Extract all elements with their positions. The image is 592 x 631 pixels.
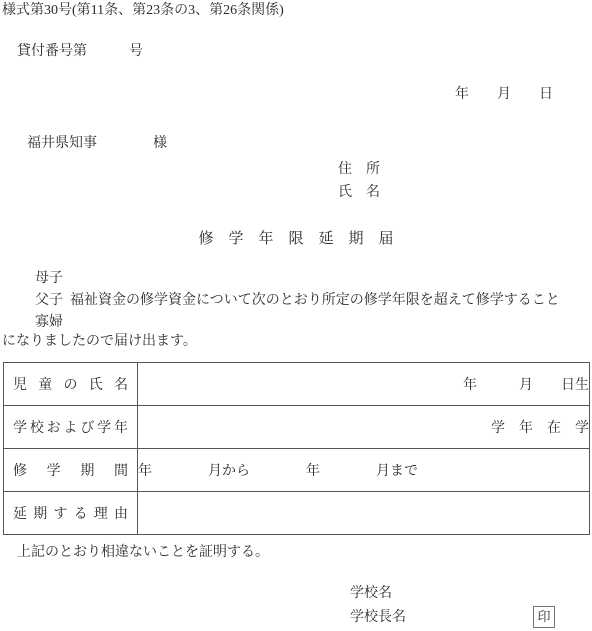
- seal-box: 印: [533, 606, 555, 628]
- row-child-name: 児童の氏名 年 月 日生: [4, 363, 590, 406]
- body-sentence: 福祉資金の修学資金について次のとおり所定の修学年限を超えて修学すること: [70, 293, 560, 310]
- applicant-type-kafu: 寡婦: [35, 315, 63, 332]
- row-school-grade-value: 学 年 在 学: [138, 406, 590, 449]
- loan-number-line: 貸付番号第 号: [17, 44, 143, 61]
- date-line: 年 月 日: [455, 87, 553, 104]
- row-school-grade: 学校および学年 学 年 在 学: [4, 406, 590, 449]
- form-number: 様式第30号(第11条、第23条の3、第26条関係): [2, 3, 284, 20]
- body-closing: になりましたので届け出ます。: [2, 334, 197, 351]
- address-label: 住 所: [338, 162, 380, 179]
- row-study-period: 修学期間 年 月から 年 月まで: [4, 449, 590, 492]
- row-child-name-value: 年 月 日生: [138, 363, 590, 406]
- applicant-type-fushi: 父子: [35, 293, 63, 310]
- name-label: 氏 名: [338, 185, 380, 202]
- addressee-line: 福井県知事 様: [27, 136, 167, 153]
- form-table: 児童の氏名 年 月 日生 学校および学年 学 年 在 学 修学期間 年 月から …: [3, 362, 590, 535]
- row-extension-reason-label: 延期する理由: [4, 492, 138, 535]
- school-name-label: 学校名: [350, 586, 392, 603]
- applicant-type-boshi: 母子: [35, 271, 63, 288]
- row-child-name-label: 児童の氏名: [4, 363, 138, 406]
- row-study-period-value: 年 月から 年 月まで: [138, 449, 590, 492]
- principal-name-label: 学校長名: [350, 610, 406, 627]
- row-study-period-label: 修学期間: [4, 449, 138, 492]
- certify-text: 上記のとおり相違ないことを証明する。: [17, 545, 269, 562]
- row-school-grade-label: 学校および学年: [4, 406, 138, 449]
- row-extension-reason-value: [138, 492, 590, 535]
- row-extension-reason: 延期する理由: [4, 492, 590, 535]
- form-page: 様式第30号(第11条、第23条の3、第26条関係) 貸付番号第 号 年 月 日…: [0, 0, 592, 631]
- document-title: 修 学 年 限 延 期 届: [0, 227, 592, 248]
